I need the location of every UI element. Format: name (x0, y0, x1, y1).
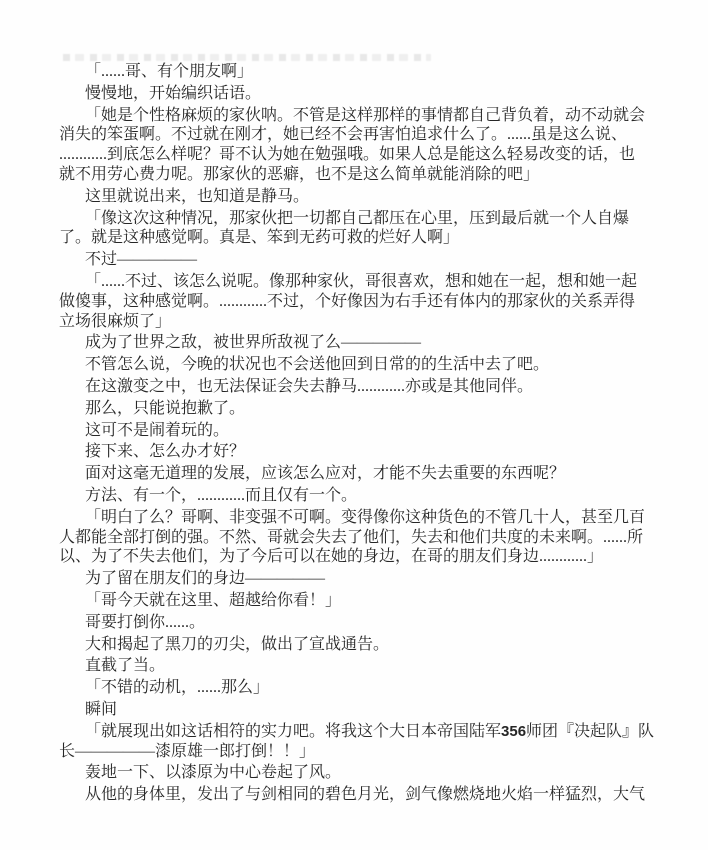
text-line: 了。就是这种感觉啊。真是、笨到无药可救的烂好人啊」 (59, 228, 659, 248)
text-segment: 立场很麻烦了」 (59, 313, 171, 330)
text-segment: 「哥今天就在这里、超越给你看！」 (85, 592, 341, 609)
text-line: 直截了当。 (59, 656, 659, 676)
text-line: 轰地一下、以漆原为中心卷起了风。 (59, 763, 659, 783)
text-segment: 轰地一下、以漆原为中心卷起了风。 (85, 764, 341, 781)
text-segment: 「像这次这种情况，那家伙把一切都自己都压在心里，压到最后就一个人自爆 (85, 210, 629, 227)
text-line: 「明白了么？哥啊、非变强不可啊。变得像你这种货色的不管几十人，甚至几百 (59, 508, 659, 528)
text-segment: 成为了世界之敌，被世界所敌视了么————— (85, 334, 421, 351)
text-segment: 这可不是闹着玩的。 (85, 422, 229, 439)
text-line: 哥要打倒你......。 (59, 613, 659, 633)
text-segment: 哥要打倒你......。 (85, 614, 205, 631)
text-line: 接下来、怎么办才好？ (59, 442, 659, 462)
text-segment: 那么，只能说抱歉了。 (85, 400, 245, 417)
text-segment: 人都能全部打倒的强。不然、哥就会失去了他们，失去和他们共度的未来啊。......… (59, 529, 643, 546)
text-segment: 长—————漆原雄一郎打倒！！」 (59, 743, 315, 760)
text-segment: 就不用劳心费力呢。那家伙的恶癖，也不是这么简单就能消除的吧」 (59, 166, 539, 183)
text-line: 不过————— (59, 250, 659, 270)
text-segment: 以、为了不失去他们，为了今后可以在她的身边，在哥的朋友们身边..........… (59, 548, 603, 565)
text-segment: 慢慢地，开始编织话语。 (85, 85, 261, 102)
text-line: 方法、有一个，............而且仅有一个。 (59, 486, 659, 506)
text-line: ............到底怎么样呢？哥不认为她在勉强哦。如果人总是能这么轻易改… (59, 145, 659, 165)
text-line: 瞬间 (59, 700, 659, 720)
text-segment: 在这激变之中，也无法保证会失去静马............亦或是其他同伴。 (85, 378, 533, 395)
text-line: 「哥今天就在这里、超越给你看！」 (59, 591, 659, 611)
text-segment: 「明白了么？哥啊、非变强不可啊。变得像你这种货色的不管几十人，甚至几百 (85, 509, 645, 526)
text-line: 长—————漆原雄一郎打倒！！」 (59, 742, 659, 762)
text-segment: 从他的身体里，发出了与剑相同的碧色月光，剑气像燃烧地火焰一样猛烈，大气 (85, 786, 645, 803)
text-line: 「就展现出如这话相符的实力吧。将我这个大日本帝国陆军356师团『决起队』队 (59, 722, 659, 742)
text-line: 不管怎么说，今晚的状况也不会送他回到日常的的生活中去了吧。 (59, 355, 659, 375)
text-segment: 方法、有一个，............而且仅有一个。 (85, 487, 357, 504)
text-segment: 这里就说出来，也知道是静马。 (85, 188, 309, 205)
text-line: 大和揭起了黑刀的刃尖，做出了宣战通告。 (59, 635, 659, 655)
text-segment: 「就展现出如这话相符的实力吧。将我这个大日本帝国陆军 (85, 723, 501, 740)
text-segment: 「......哥、有个朋友啊」 (85, 63, 253, 80)
text-line: 这可不是闹着玩的。 (59, 421, 659, 441)
text-line: 就不用劳心费力呢。那家伙的恶癖，也不是这么简单就能消除的吧」 (59, 165, 659, 185)
text-line: 为了留在朋友们的身边————— (59, 569, 659, 589)
text-segment: 不管怎么说，今晚的状况也不会送他回到日常的的生活中去了吧。 (85, 356, 549, 373)
text-line: 立场很麻烦了」 (59, 312, 659, 332)
text-segment: 了。就是这种感觉啊。真是、笨到无药可救的烂好人啊」 (59, 229, 459, 246)
text-segment: 瞬间 (85, 701, 117, 718)
text-line: 人都能全部打倒的强。不然、哥就会失去了他们，失去和他们共度的未来啊。......… (59, 528, 659, 548)
text-line: 那么，只能说抱歉了。 (59, 399, 659, 419)
novel-page: 「......哥、有个朋友啊」慢慢地，开始编织话语。「她是个性格麻烦的家伙呐。不… (0, 0, 708, 850)
text-segment: 接下来、怎么办才好？ (85, 443, 245, 460)
text-segment: ............到底怎么样呢？哥不认为她在勉强哦。如果人总是能这么轻易改… (59, 146, 635, 163)
text-line: 成为了世界之敌，被世界所敌视了么————— (59, 333, 659, 353)
bold-number-segment: 356 (501, 723, 526, 740)
text-line: 在这激变之中，也无法保证会失去静马............亦或是其他同伴。 (59, 377, 659, 397)
text-segment: 「不错的动机，......那么」 (85, 679, 269, 696)
text-line: 面对这毫无道理的发展，应该怎么应对，才能不失去重要的东西呢？ (59, 464, 659, 484)
text-line: 做傻事，这种感觉啊。............不过，个好像因为右手还有体内的那家伙… (59, 292, 659, 312)
text-segment: 大和揭起了黑刀的刃尖，做出了宣战通告。 (85, 636, 389, 653)
text-segment: 不过————— (85, 251, 197, 268)
text-line: 「她是个性格麻烦的家伙呐。不管是这样那样的事情都自己背负着，动不动就会 (59, 106, 659, 126)
text-segment: 面对这毫无道理的发展，应该怎么应对，才能不失去重要的东西呢？ (85, 465, 565, 482)
text-segment: 「......不过、该怎么说呢。像那种家伙，哥很喜欢，想和她在一起，想和她一起 (85, 273, 637, 290)
text-segment: 师团『决起队』队 (526, 723, 654, 740)
text-line: 从他的身体里，发出了与剑相同的碧色月光，剑气像燃烧地火焰一样猛烈，大气 (59, 785, 659, 805)
text-line: 这里就说出来，也知道是静马。 (59, 187, 659, 207)
text-line: 消失的笨蛋啊。不过就在刚才，她已经不会再害怕追求什么了。......虽是这么说、 (59, 125, 659, 145)
text-segment: 消失的笨蛋啊。不过就在刚才，她已经不会再害怕追求什么了。......虽是这么说、 (59, 126, 627, 143)
text-segment: 做傻事，这种感觉啊。............不过，个好像因为右手还有体内的那家伙… (59, 293, 635, 310)
text-line: 「......哥、有个朋友啊」 (59, 62, 659, 82)
novel-text-body: 「......哥、有个朋友啊」慢慢地，开始编织话语。「她是个性格麻烦的家伙呐。不… (59, 62, 659, 805)
ghost-text-artifact (63, 54, 431, 61)
text-segment: 直截了当。 (85, 657, 165, 674)
text-line: 「不错的动机，......那么」 (59, 678, 659, 698)
text-line: 以、为了不失去他们，为了今后可以在她的身边，在哥的朋友们身边..........… (59, 547, 659, 567)
text-line: 慢慢地，开始编织话语。 (59, 84, 659, 104)
text-line: 「......不过、该怎么说呢。像那种家伙，哥很喜欢，想和她在一起，想和她一起 (59, 272, 659, 292)
text-segment: 「她是个性格麻烦的家伙呐。不管是这样那样的事情都自己背负着，动不动就会 (85, 107, 645, 124)
text-line: 「像这次这种情况，那家伙把一切都自己都压在心里，压到最后就一个人自爆 (59, 209, 659, 229)
text-segment: 为了留在朋友们的身边————— (85, 570, 325, 587)
